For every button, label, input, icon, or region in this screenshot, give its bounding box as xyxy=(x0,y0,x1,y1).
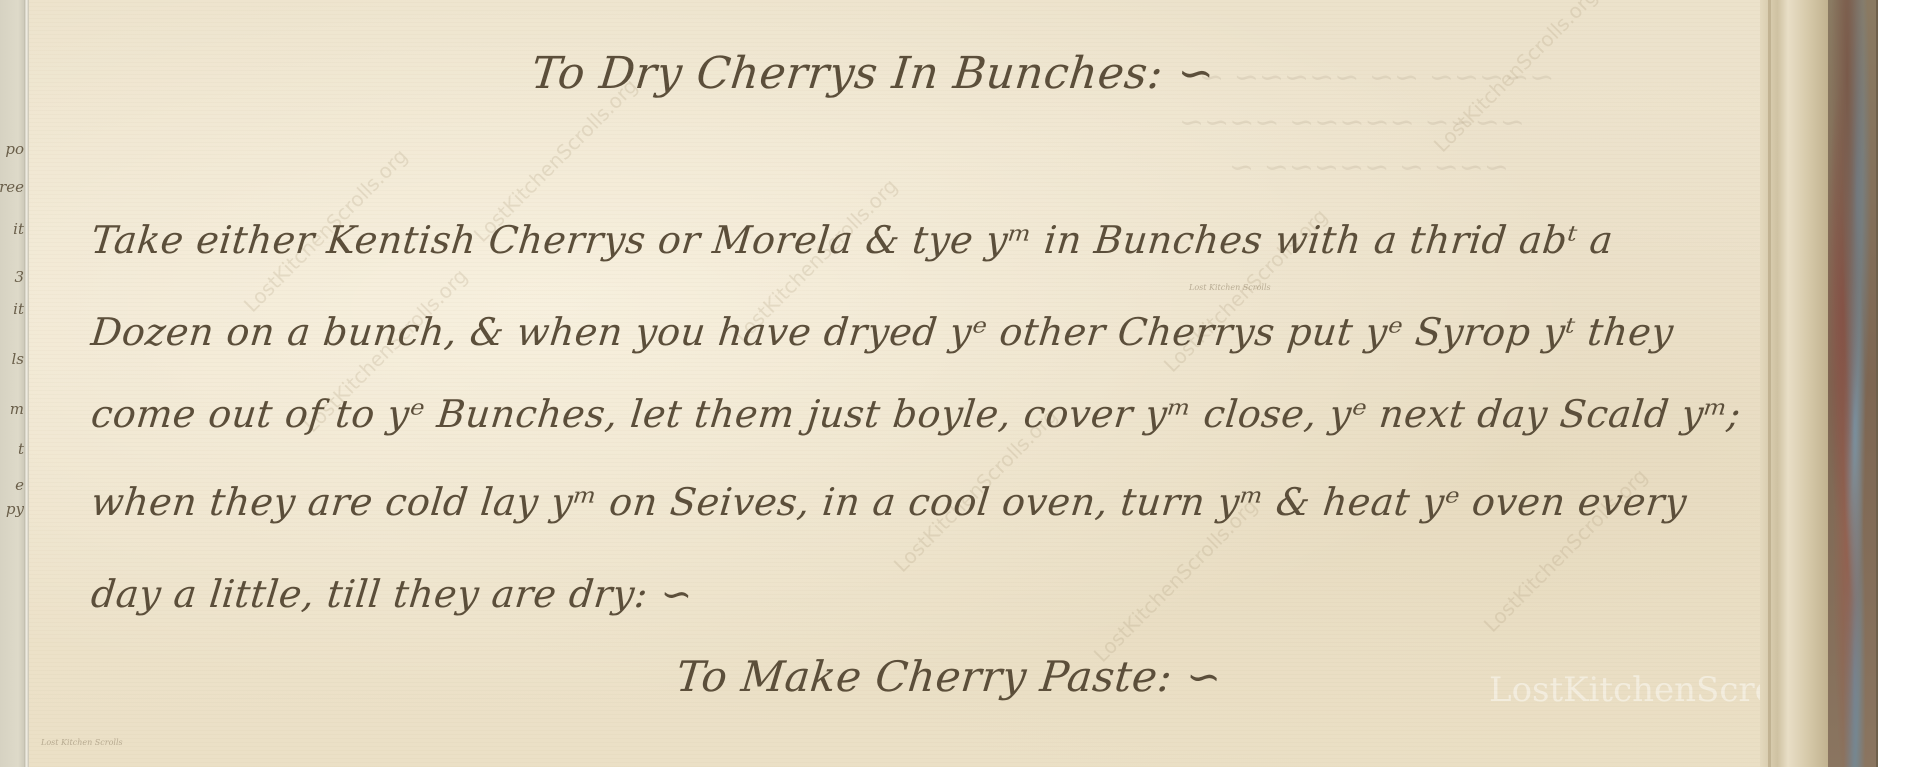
recipe-title-text: To Dry Cherrys In Bunches: xyxy=(529,48,1166,99)
previous-page-fragment: 3 xyxy=(14,268,24,286)
flourish-icon: ∽ xyxy=(1184,652,1225,701)
recipe-line: come out of to yᵉ Bunches, let them just… xyxy=(89,392,1743,436)
flourish-icon: ∽ xyxy=(658,572,695,616)
flourish-icon: ∽ xyxy=(1175,48,1218,99)
stamp-watermark: Lost Kitchen Scrolls xyxy=(1189,283,1271,292)
recipe-line-text: day a little, till they are dry: xyxy=(89,572,650,616)
previous-page-fragment: ls xyxy=(12,350,25,368)
corner-watermark: LostKitchenScrolls xyxy=(1489,670,1785,710)
recipe-title: To Make Cherry Paste: ∽ xyxy=(674,652,1224,701)
stamp-watermark: Lost Kitchen Scrolls xyxy=(41,738,123,747)
marbled-book-edge xyxy=(1828,0,1878,767)
page-crease xyxy=(1768,0,1771,767)
previous-page-fragment: po xyxy=(5,140,24,158)
manuscript-scan: po ree it 3 it ls m t e py ~~~~~ ~~ ~~~~… xyxy=(0,0,1920,767)
previous-page-fragment: it xyxy=(13,220,24,238)
manuscript-page: ~~~~~ ~~ ~~~~~ ~ ~~~~ ~~~~~ ~~~~ ~~~ ~ ~… xyxy=(29,0,1785,767)
recipe-line: Take either Kentish Cherrys or Morela & … xyxy=(89,218,1615,262)
previous-page-fragment: e xyxy=(15,476,24,494)
recipe-line: when they are cold lay yᵐ on Seives, in … xyxy=(89,480,1689,524)
page-edge xyxy=(1760,0,1830,767)
previous-page-fragment: ree xyxy=(0,178,24,196)
previous-page-fragment: m xyxy=(10,400,24,418)
previous-page-strip: po ree it 3 it ls m t e py xyxy=(0,0,26,767)
previous-page-fragment: it xyxy=(13,300,24,318)
bleed-through-text: ~~~ ~ ~~~~~ ~ xyxy=(1229,150,1509,185)
recipe-title: To Dry Cherrys In Bunches: ∽ xyxy=(529,48,1217,99)
recipe-line: Dozen on a bunch, & when you have dryed … xyxy=(89,310,1676,354)
recipe-title-text: To Make Cherry Paste: xyxy=(674,652,1175,701)
previous-page-fragment: py xyxy=(6,500,24,518)
recipe-line: day a little, till they are dry: ∽ xyxy=(89,572,695,616)
